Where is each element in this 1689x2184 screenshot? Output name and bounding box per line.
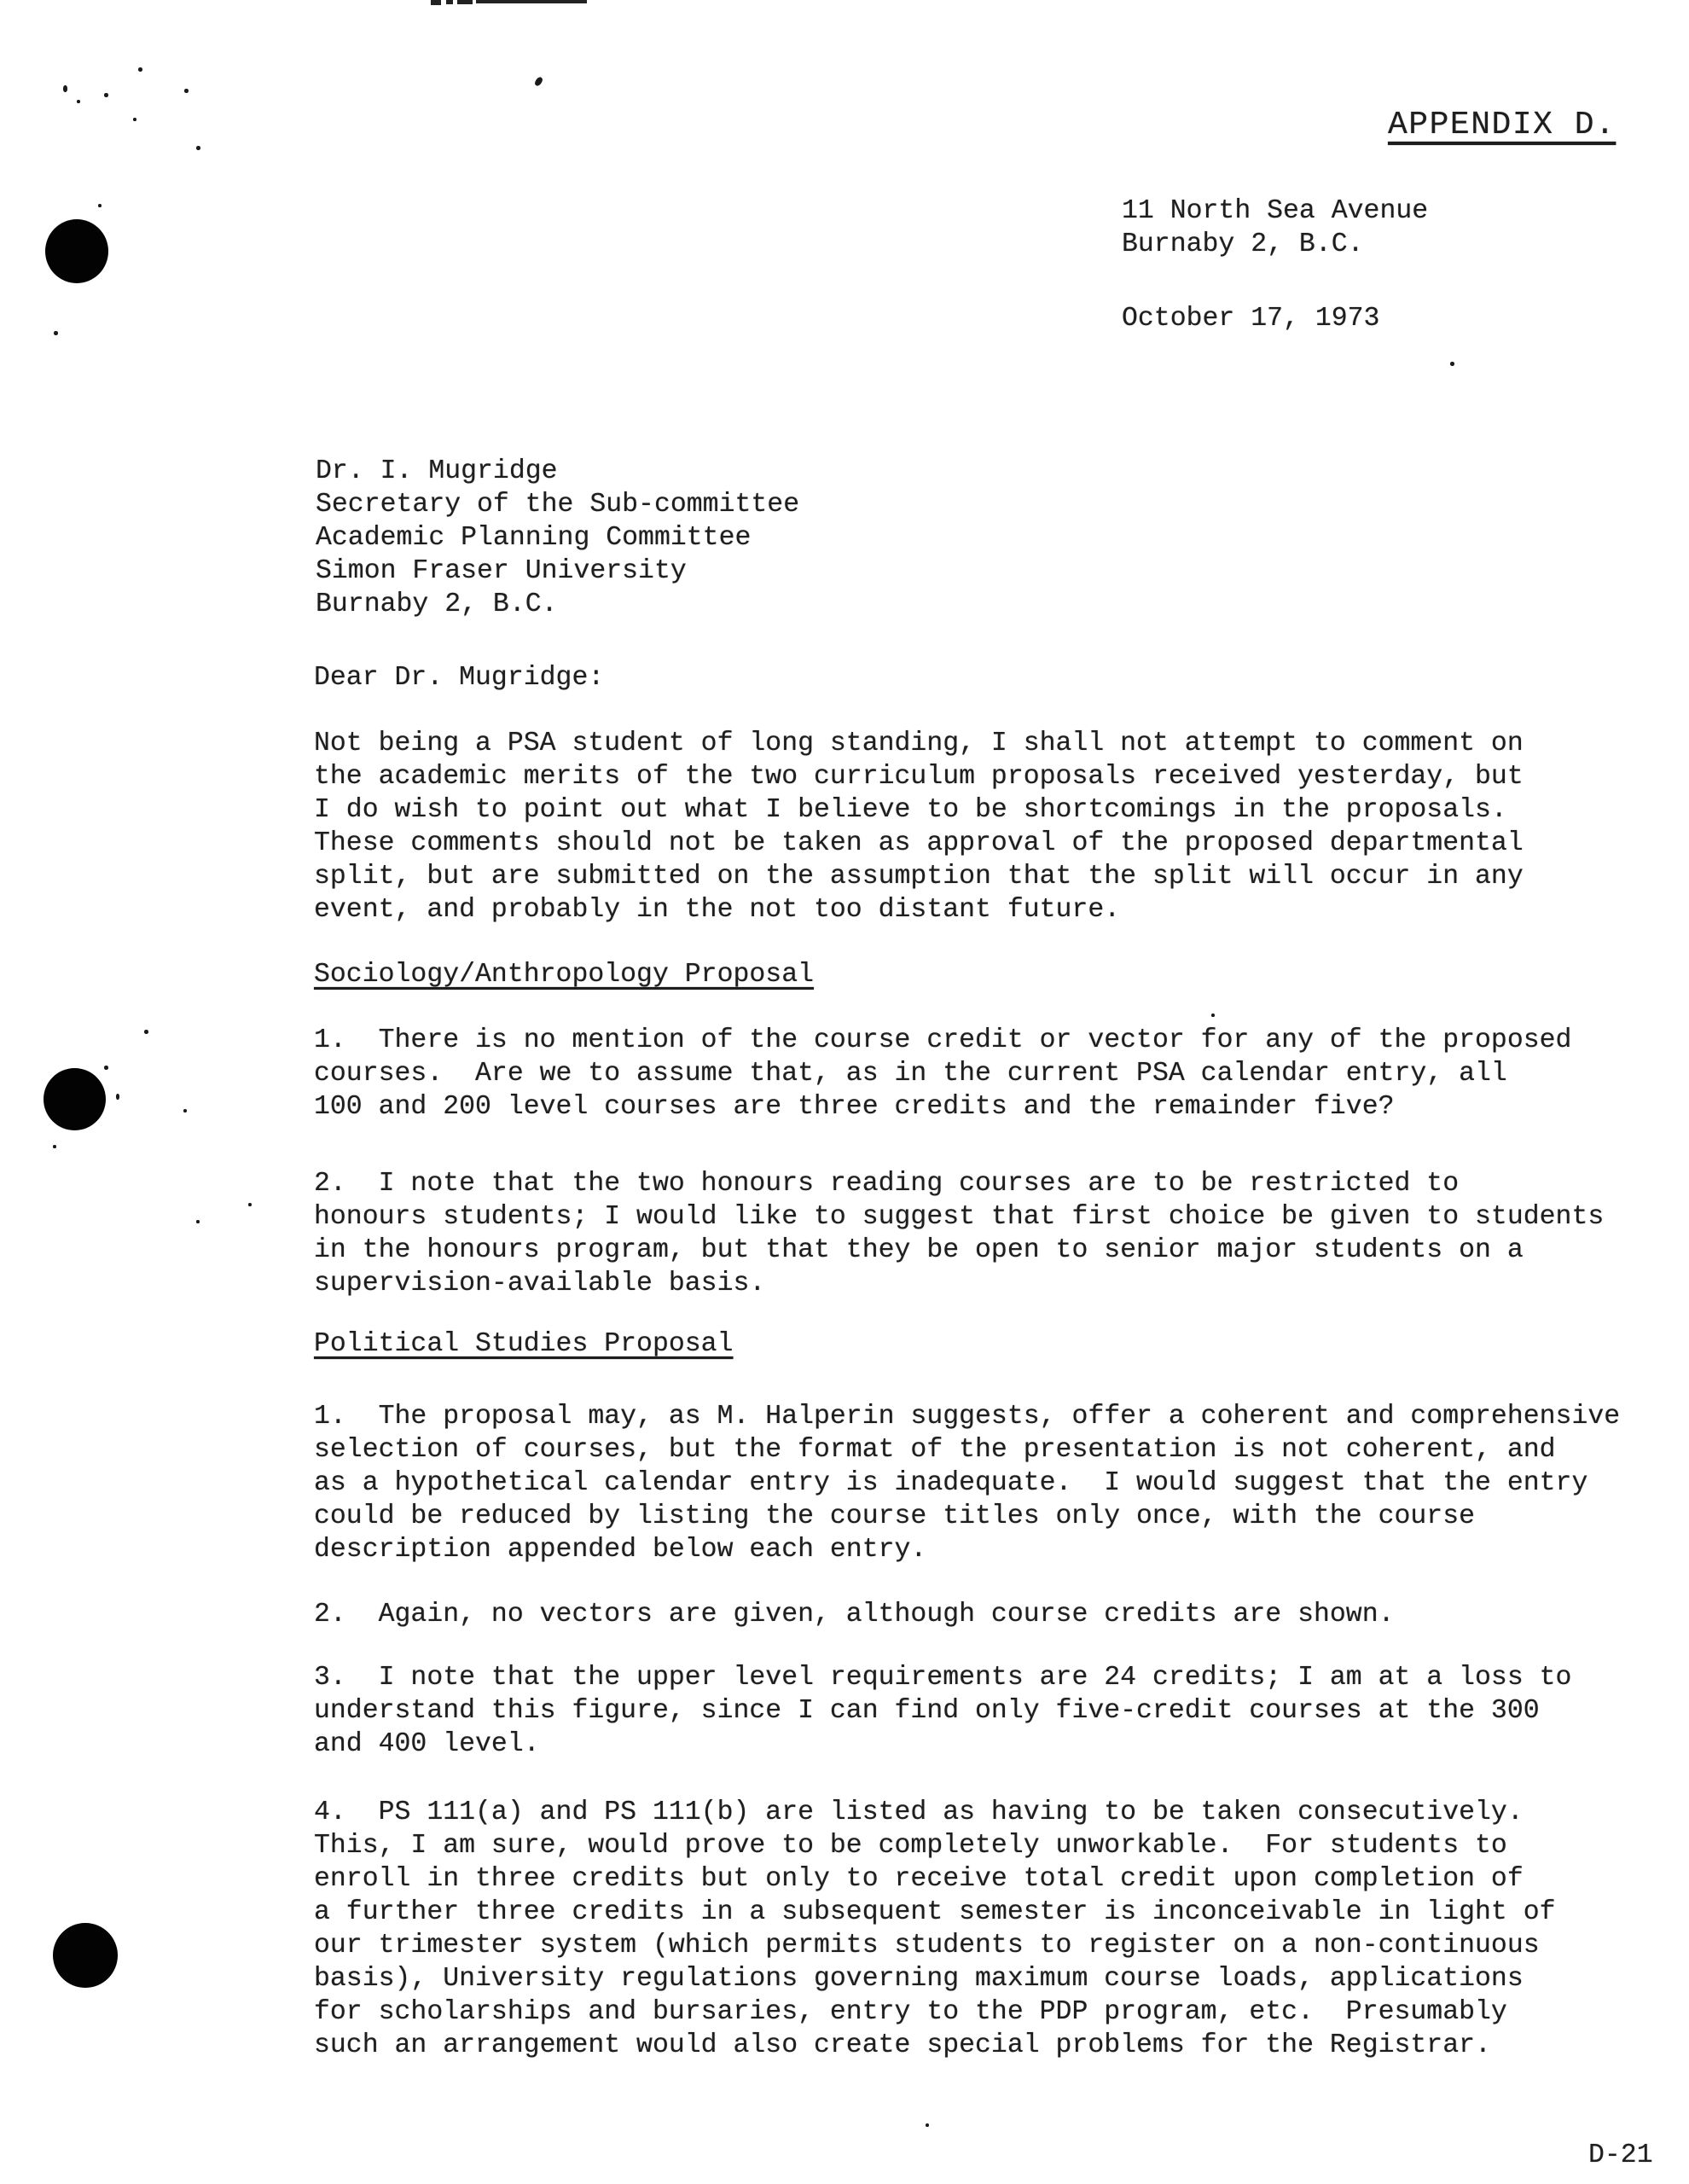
ink-speck [133,118,136,121]
scanned-letter-page: APPENDIX D. 11 North Sea Avenue Burnaby … [0,0,1689,2184]
political-item-4: 4. PS 111(a) and PS 111(b) are listed as… [314,1796,1556,2062]
ink-speck [63,85,67,92]
recipient-address: Dr. I. Mugridge Secretary of the Sub-com… [316,455,799,621]
ink-speck [104,93,108,97]
ink-speck [54,331,58,335]
hole-punch [44,1068,106,1130]
ink-speck [116,1094,119,1100]
scan-edge-mark [431,0,441,5]
political-item-1: 1. The proposal may, as M. Halperin sugg… [314,1400,1620,1566]
ink-speck [196,1220,200,1223]
scan-edge-mark [457,0,473,4]
political-item-2: 2. Again, no vectors are given, although… [314,1598,1395,1631]
hole-punch [53,1923,118,1988]
appendix-label: APPENDIX D. [1388,106,1616,145]
ink-speck [184,89,189,93]
sociology-item-1: 1. There is no mention of the course cre… [314,1024,1571,1124]
ink-speck [926,2123,929,2127]
page-number: D-21 [1588,2139,1653,2172]
ink-speck [183,1109,187,1112]
hole-punch [45,219,108,283]
scan-edge-mark [446,0,453,4]
salutation: Dear Dr. Mugridge: [314,661,604,694]
ink-speck [1211,1014,1215,1017]
ink-speck [98,204,102,207]
scan-edge-mark [476,0,587,3]
ink-speck [77,100,80,103]
intro-paragraph: Not being a PSA student of long standing… [314,727,1524,926]
ink-speck [138,67,142,72]
ink-speck [144,1030,148,1034]
ink-speck [533,76,543,87]
sender-address: 11 North Sea Avenue Burnaby 2, B.C. [1122,195,1428,261]
political-item-3: 3. I note that the upper level requireme… [314,1661,1571,1761]
ink-speck [248,1203,252,1206]
ink-speck [1450,362,1454,366]
letter-date: October 17, 1973 [1122,302,1379,335]
ink-speck [53,1145,56,1148]
section-heading-sociology-anthropology: Sociology/Anthropology Proposal [314,958,814,991]
sociology-item-2: 2. I note that the two honours reading c… [314,1167,1604,1300]
section-heading-political-studies: Political Studies Proposal [314,1327,733,1361]
ink-speck [196,146,200,150]
ink-speck [104,1066,108,1070]
